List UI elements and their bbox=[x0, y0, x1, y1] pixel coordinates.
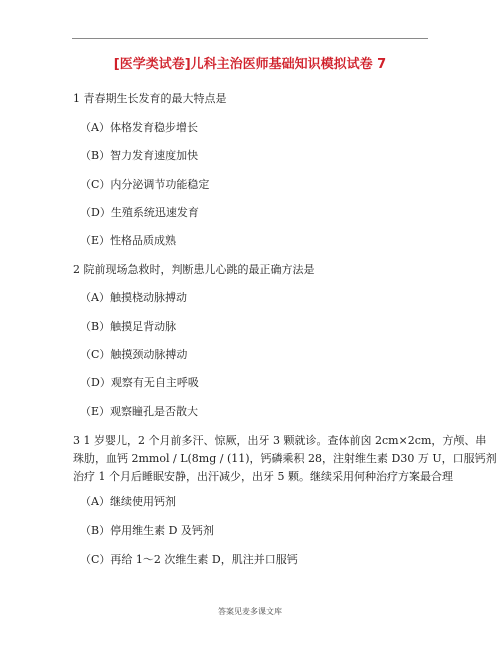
question-2-stem: 2 院前现场急救时，判断患儿心跳的最正确方法是 bbox=[73, 263, 315, 277]
question-1-option-c: （C）内分泌调节功能稳定 bbox=[80, 178, 209, 192]
question-3-option-a: （A）继续使用钙剂 bbox=[80, 495, 176, 509]
question-3-option-b: （B）停用维生素 D 及钙剂 bbox=[80, 524, 214, 538]
question-2-option-d: （D）观察有无自主呼吸 bbox=[80, 376, 199, 390]
header-rule bbox=[72, 38, 428, 39]
document-title: [医学类试卷]儿科主治医师基础知识模拟试卷 7 bbox=[0, 57, 500, 73]
question-3-stem-line-1: 3 1 岁婴儿，2 个月前多汗、惊厥，出牙 3 颗就诊。查体前囟 2cm×2cm… bbox=[73, 434, 486, 448]
question-1-option-d: （D）生殖系统迅速发育 bbox=[80, 206, 199, 220]
question-1-stem: 1 青春期生长发育的最大特点是 bbox=[73, 92, 227, 106]
question-1-option-b: （B）智力发育速度加快 bbox=[80, 149, 198, 163]
question-1-option-e: （E）性格品质成熟 bbox=[80, 234, 176, 248]
question-1-option-a: （A）体格发育稳步增长 bbox=[80, 121, 198, 135]
question-3-option-c: （C）再给 1～2 次维生素 D，肌注并口服钙 bbox=[80, 553, 298, 567]
question-3-stem-line-2: 珠肋，血钙 2mmol / L(8mg / (11)，钙磷乘积 28，注射维生素… bbox=[73, 452, 497, 466]
question-2-option-c: （C）触摸颈动脉搏动 bbox=[80, 348, 187, 362]
question-3-stem-line-3: 治疗 1 个月后睡眠安静，出汗减少，出牙 5 颗。继续采用何种治疗方案最合理 bbox=[73, 470, 453, 484]
page-footer: 答案见麦多课文库 bbox=[0, 606, 500, 617]
question-2-option-b: （B）触摸足背动脉 bbox=[80, 320, 176, 334]
question-2-option-e: （E）观察瞳孔是否散大 bbox=[80, 405, 198, 419]
question-2-option-a: （A）触摸桡动脉搏动 bbox=[80, 291, 187, 305]
